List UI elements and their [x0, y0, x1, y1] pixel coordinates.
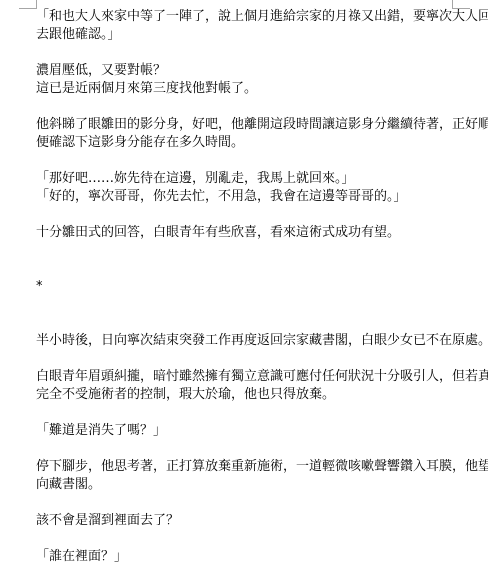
text-line: 該不會是溜到裡面去了？ [36, 512, 456, 530]
blank-line [36, 440, 456, 458]
text-line: 「好的，寧次哥哥，你先去忙，不用急，我會在這邊等哥哥的。」 [36, 188, 456, 206]
text-line: 十分雛田式的回答，白眼青年有些欣喜，看來這術式成功有望。 [36, 224, 456, 242]
blank-line [36, 98, 456, 116]
text-line: 半小時後，日向寧次結束突發工作再度返回宗家藏書閣，白眼少女已不在原處。 [36, 332, 456, 350]
text-line: 「難道是消失了嗎？」 [36, 422, 456, 440]
blank-line [36, 206, 456, 224]
blank-line [36, 314, 456, 332]
document-page-body[interactable]: 「和也大人來家中等了一陣了，說上個月進給宗家的月祿又出錯，要寧次大人回 去跟他確… [36, 8, 456, 566]
blank-line [36, 296, 456, 314]
blank-line [36, 44, 456, 62]
text-line: 完全不受施術者的控制，瑕大於瑜，他也只得放棄。 [36, 386, 456, 404]
text-line: 「誰在裡面？」 [36, 548, 456, 566]
text-line: 去跟他確認。」 [36, 26, 456, 44]
blank-line [36, 404, 456, 422]
text-line: 「那好吧……妳先待在這邊，別亂走，我馬上就回來。」 [36, 170, 456, 188]
blank-line [36, 260, 456, 278]
text-line: 「和也大人來家中等了一陣了，說上個月進給宗家的月祿又出錯，要寧次大人回 [36, 8, 456, 26]
text-line: 白眼青年眉頭糾攏，暗忖雖然擁有獨立意識可應付任何狀況十分吸引人，但若真 [36, 368, 456, 386]
text-line: 向藏書閣。 [36, 476, 456, 494]
blank-line [36, 242, 456, 260]
scene-break-asterisk: * [36, 278, 456, 296]
page-corner-mark-left [19, 0, 37, 9]
text-line: 濃眉壓低，又要對帳？ [36, 62, 456, 80]
blank-line [36, 350, 456, 368]
text-line: 這已是近兩個月來第三度找他對帳了。 [36, 80, 456, 98]
blank-line [36, 530, 456, 548]
blank-line [36, 152, 456, 170]
text-line: 他斜睇了眼雛田的影分身，好吧，他離開這段時間讓這影身分繼續待著，正好順 [36, 116, 456, 134]
text-line: 便確認下這影身分能存在多久時間。 [36, 134, 456, 152]
text-line: 停下腳步，他思考著，正打算放棄重新施術，一道輕微咳嗽聲響鑽入耳膜，他望 [36, 458, 456, 476]
blank-line [36, 494, 456, 512]
